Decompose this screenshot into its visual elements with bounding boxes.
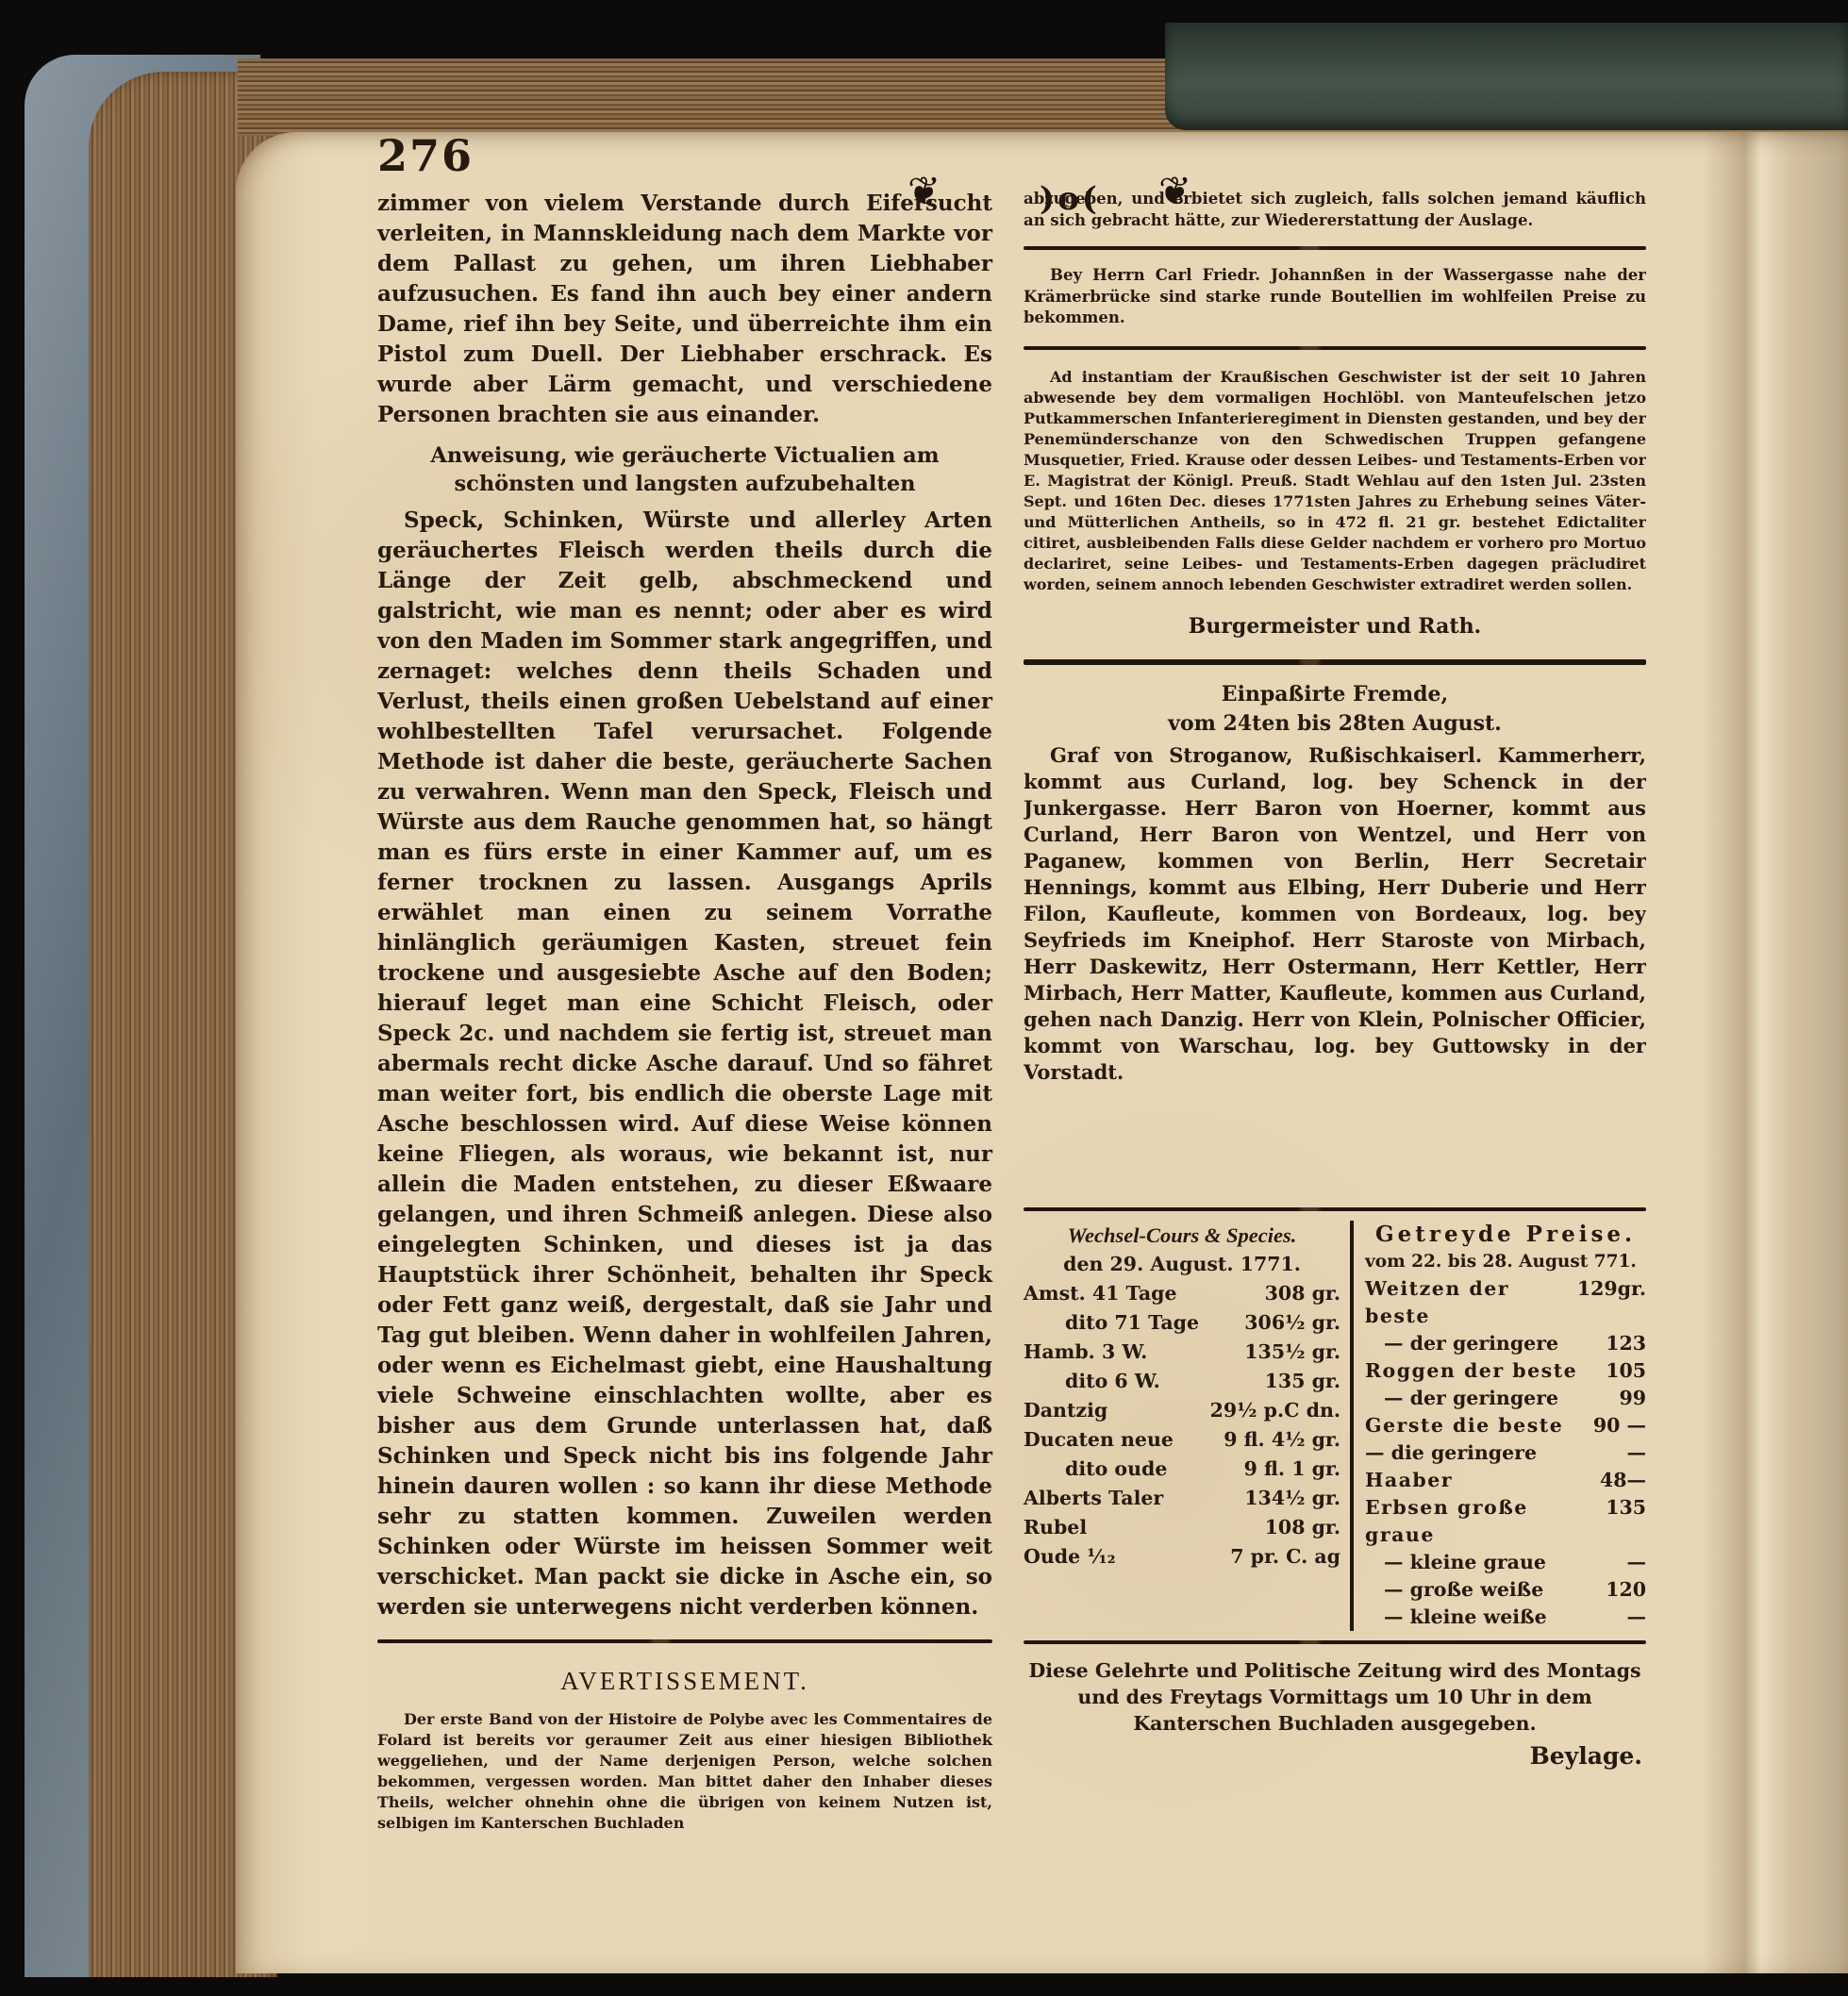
row-value: 134½ gr. <box>1244 1484 1340 1513</box>
row-label: Alberts Taler <box>1024 1484 1163 1513</box>
row-label: — große weiße <box>1365 1576 1543 1604</box>
right-column-upper: abzugeben, und erbietet sich zugleich, f… <box>1024 189 1646 1204</box>
newspaper-page: 276 ❦ )o( ❦ zimmer von vielem Verstande … <box>236 132 1848 1973</box>
table-row: — der geringere99 <box>1365 1385 1646 1412</box>
row-value: — <box>1627 1549 1647 1576</box>
left-column: zimmer von vielem Verstande durch Eifers… <box>377 189 992 1834</box>
row-label: Roggen der beste <box>1365 1357 1577 1385</box>
exchange-rates-table: Wechsel-Cours & Species. den 29. August.… <box>1024 1221 1354 1631</box>
row-label: Oude ¹⁄₁₂ <box>1024 1542 1116 1572</box>
table-row: Roggen der beste105 <box>1365 1357 1646 1385</box>
row-value: 29½ p.C dn. <box>1210 1396 1340 1425</box>
section-divider <box>1024 246 1646 250</box>
row-value: 135½ gr. <box>1244 1338 1340 1367</box>
table-row: Alberts Taler134½ gr. <box>1024 1484 1340 1513</box>
row-label: — die geringere <box>1365 1439 1537 1467</box>
row-label: — der geringere <box>1365 1385 1558 1412</box>
grain-table-title: Getreyde Preise. <box>1365 1221 1646 1249</box>
row-value: 123 <box>1606 1330 1646 1357</box>
row-label: Erbsen große graue <box>1365 1494 1606 1549</box>
supplement-label: Beylage. <box>1024 1742 1646 1770</box>
row-value: 7 pr. C. ag <box>1230 1542 1340 1572</box>
price-table: Wechsel-Cours & Species. den 29. August.… <box>1024 1221 1646 1631</box>
row-value: 9 fl. 1 gr. <box>1244 1455 1340 1484</box>
table-row: Ducaten neue9 fl. 4½ gr. <box>1024 1425 1340 1455</box>
table-row: — kleine weiße— <box>1365 1604 1646 1631</box>
table-row: — der geringere123 <box>1365 1330 1646 1357</box>
instruction-heading: Anweisung, wie geräucherte Victualien am… <box>377 441 992 498</box>
table-row: Weitzen der beste129gr. <box>1365 1275 1646 1330</box>
table-row: Hamb. 3 W.135½ gr. <box>1024 1338 1340 1367</box>
row-label: Haaber <box>1365 1467 1453 1494</box>
row-label: Gerste die beste <box>1365 1412 1563 1439</box>
scanned-book-photo: 276 ❦ )o( ❦ zimmer von vielem Verstande … <box>0 0 1848 1996</box>
exchange-table-date: den 29. August. 1771. <box>1024 1250 1340 1279</box>
strangers-heading-line1: Einpaßirte Fremde, <box>1024 680 1646 709</box>
row-value: 90 — <box>1593 1412 1646 1439</box>
avertissement-paragraph: Der erste Band von der Histoire de Polyb… <box>377 1709 992 1834</box>
row-label: Ducaten neue <box>1024 1425 1174 1455</box>
row-value: 48— <box>1600 1467 1646 1494</box>
publication-notice: Diese Gelehrte und Politische Zeitung wi… <box>1024 1657 1646 1737</box>
section-divider <box>1024 346 1646 350</box>
section-divider <box>377 1639 992 1643</box>
row-value: 9 fl. 4½ gr. <box>1224 1425 1340 1455</box>
row-value: 120 <box>1606 1576 1646 1604</box>
story-continuation-paragraph: zimmer von vielem Verstande durch Eifers… <box>377 189 992 430</box>
row-label: Amst. 41 Tage <box>1024 1279 1177 1308</box>
bottle-ad-paragraph: Bey Herrn Carl Friedr. Johannßen in der … <box>1024 265 1646 329</box>
page-number: 276 <box>377 130 474 181</box>
row-value: 135 <box>1606 1494 1646 1549</box>
row-label: Hamb. 3 W. <box>1024 1338 1147 1367</box>
right-column-lower: Wechsel-Cours & Species. den 29. August.… <box>1024 1207 1646 1770</box>
row-label: dito 6 W. <box>1024 1367 1160 1396</box>
table-row: Dantzig29½ p.C dn. <box>1024 1396 1340 1425</box>
table-row: Oude ¹⁄₁₂7 pr. C. ag <box>1024 1542 1340 1572</box>
exchange-table-title: Wechsel-Cours & Species. <box>1024 1221 1340 1250</box>
row-value: 105 <box>1606 1357 1646 1385</box>
table-row: Rubel108 gr. <box>1024 1513 1340 1542</box>
table-row: — große weiße120 <box>1365 1576 1646 1604</box>
book-binding-top <box>1165 23 1848 130</box>
grain-prices-table: Getreyde Preise. vom 22. bis 28. August … <box>1354 1221 1646 1631</box>
row-value: 308 gr. <box>1265 1279 1340 1308</box>
table-row: Gerste die beste90 — <box>1365 1412 1646 1439</box>
table-row: Haaber48— <box>1365 1467 1646 1494</box>
row-value: 99 <box>1619 1385 1646 1412</box>
section-divider <box>1024 659 1646 665</box>
row-value: 108 gr. <box>1265 1513 1340 1542</box>
row-label: dito 71 Tage <box>1024 1308 1199 1338</box>
strangers-paragraph: Graf von Stroganow, Rußischkaiserl. Kamm… <box>1024 742 1646 1086</box>
row-label: Rubel <box>1024 1513 1087 1542</box>
edict-signature: Burgermeister und Rath. <box>1024 612 1646 640</box>
row-label: — der geringere <box>1365 1330 1558 1357</box>
row-value: — <box>1627 1439 1647 1467</box>
edict-notice-paragraph: Ad instantiam der Kraußischen Geschwiste… <box>1024 367 1646 595</box>
row-label: — kleine weiße <box>1365 1604 1547 1631</box>
row-value: — <box>1627 1604 1647 1631</box>
avertissement-heading: AVERTISSEMENT. <box>377 1666 992 1696</box>
row-label: — kleine graue <box>1365 1549 1546 1576</box>
table-row: — kleine graue— <box>1365 1549 1646 1576</box>
row-value: 135 gr. <box>1265 1367 1340 1396</box>
table-row: dito oude9 fl. 1 gr. <box>1024 1455 1340 1484</box>
table-row: — die geringere— <box>1365 1439 1646 1467</box>
instruction-paragraph: Speck, Schinken, Würste und allerley Art… <box>377 506 992 1622</box>
row-label: Weitzen der beste <box>1365 1275 1577 1330</box>
row-label: Dantzig <box>1024 1396 1107 1425</box>
table-row: Erbsen große graue135 <box>1365 1494 1646 1549</box>
strangers-heading-line2: vom 24ten bis 28ten August. <box>1024 709 1646 739</box>
table-top-divider <box>1024 1207 1646 1211</box>
row-label: dito oude <box>1024 1455 1167 1484</box>
background-bottom <box>0 1977 1848 1996</box>
row-value: 129gr. <box>1577 1275 1646 1330</box>
table-row: dito 71 Tage306½ gr. <box>1024 1308 1340 1338</box>
row-value: 306½ gr. <box>1244 1308 1340 1338</box>
table-row: dito 6 W.135 gr. <box>1024 1367 1340 1396</box>
table-row: Amst. 41 Tage308 gr. <box>1024 1279 1340 1308</box>
return-notice-paragraph: abzugeben, und erbietet sich zugleich, f… <box>1024 189 1646 231</box>
table-bottom-divider <box>1024 1640 1646 1644</box>
grain-table-date: vom 22. bis 28. August 771. <box>1365 1249 1646 1275</box>
